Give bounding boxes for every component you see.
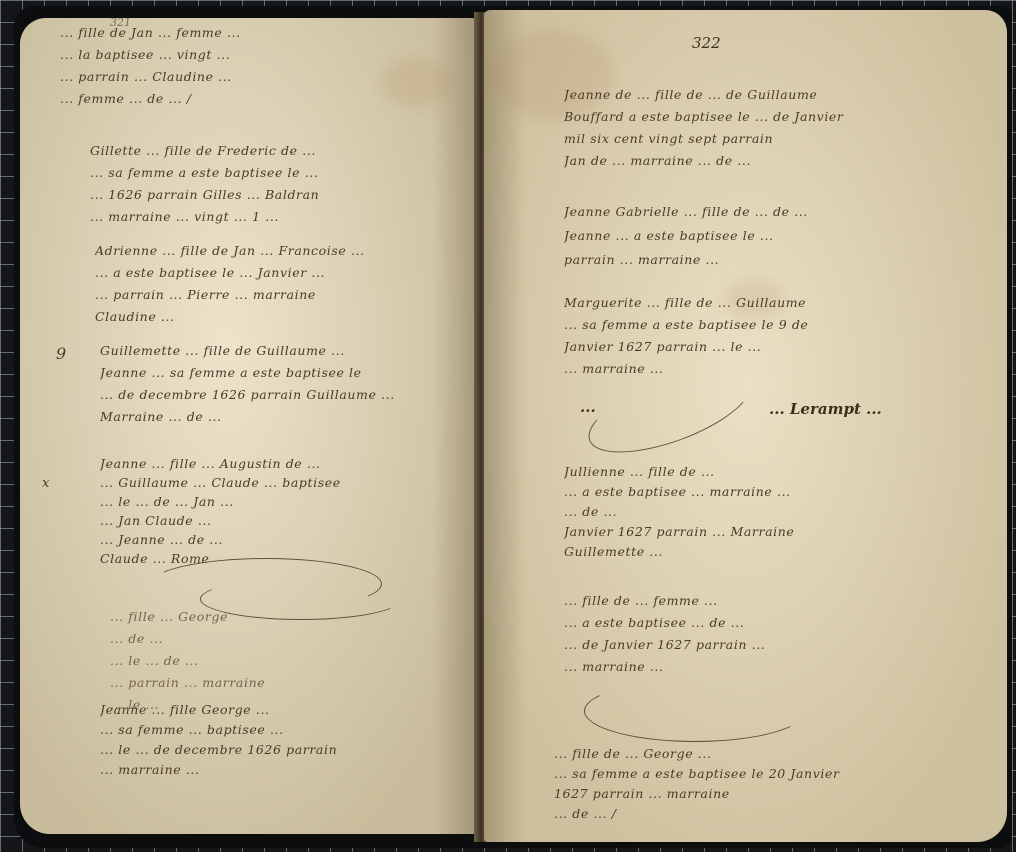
signature: ...	[580, 398, 596, 416]
register-entry: Adrienne ... fille de Jan ... Francoise …	[95, 240, 470, 328]
right-page: 322 Jeanne de ... fille de ... de Guilla…	[484, 10, 1007, 842]
entry-line: Jeanne Gabrielle ... fille de ... de ...	[564, 200, 994, 224]
entry-line: ... de decembre 1626 parrain Guillaume .…	[100, 384, 470, 406]
entry-line: ... la baptisee ... vingt ...	[60, 44, 470, 66]
entry-line: parrain ... marraine ...	[564, 248, 994, 272]
entry-line: ... marraine ... vingt ... 1 ...	[90, 206, 470, 228]
entry-line: ... le ... de decembre 1626 parrain	[100, 740, 475, 760]
left-page: 321 ... fille de Jan ... femme ... ... l…	[20, 18, 478, 834]
entry-line: ... femme ... de ... /	[60, 88, 470, 110]
entry-line: Janvier 1627 parrain ... Marraine	[564, 522, 994, 542]
register-entry: Jeanne ... fille George ... ... sa femme…	[100, 700, 475, 780]
entry-line: Jeanne ... sa femme a este baptisee le	[100, 362, 470, 384]
entry-line: ... fille de Jan ... femme ...	[60, 22, 470, 44]
entry-line: Claudine ...	[95, 306, 470, 328]
register-entry: Jeanne ... fille ... Augustin de ... ...…	[100, 454, 475, 568]
entry-line: Janvier 1627 parrain ... le ...	[564, 336, 994, 358]
entry-line: ... marraine ...	[564, 656, 994, 678]
entry-line: ... fille de ... George ...	[554, 744, 994, 764]
entry-line: Jeanne ... fille George ...	[100, 700, 475, 720]
register-entry: Jeanne de ... fille de ... de Guillaume …	[564, 84, 994, 172]
margin-note: 9	[56, 344, 66, 363]
entry-line: ... marraine ...	[564, 358, 994, 380]
entry-line: Jan de ... marraine ... de ...	[564, 150, 994, 172]
entry-line: Bouffard a este baptisee le ... de Janvi…	[564, 106, 994, 128]
entry-line: ... fille de ... femme ...	[564, 590, 994, 612]
register-entry: ... fille de ... femme ... ... a este ba…	[564, 590, 994, 678]
entry-line: ... Guillaume ... Claude ... baptisee	[100, 473, 475, 492]
entry-line: Guillemette ...	[564, 542, 994, 562]
entry-line: mil six cent vingt sept parrain	[564, 128, 994, 150]
entry-line: ... parrain ... Claudine ...	[60, 66, 470, 88]
entry-line: Jeanne de ... fille de ... de Guillaume	[564, 84, 994, 106]
register-entry: ... fille de Jan ... femme ... ... la ba…	[60, 22, 470, 110]
entry-line: Adrienne ... fille de Jan ... Francoise …	[95, 240, 470, 262]
register-entry: Gillette ... fille de Frederic de ... ..…	[90, 140, 470, 228]
entry-line: Marraine ... de ...	[100, 406, 470, 428]
entry-line: ... de ... /	[554, 804, 994, 824]
folio-number: 322	[692, 34, 721, 52]
entry-line: ... marraine ...	[100, 760, 475, 780]
entry-line: ... sa femme a este baptisee le 9 de	[564, 314, 994, 336]
register-entry: Jullienne ... fille de ... ... a este ba…	[564, 462, 994, 562]
entry-line: ... sa femme a este baptisee le 20 Janvi…	[554, 764, 994, 784]
entry-line: ... de Janvier 1627 parrain ...	[564, 634, 994, 656]
register-entry: Marguerite ... fille de ... Guillaume ..…	[564, 292, 994, 380]
entry-line: ... le ... de ...	[110, 650, 470, 672]
entry-line: ... Jeanne ... de ...	[100, 530, 475, 549]
entry-line: ... Jan Claude ...	[100, 511, 475, 530]
entry-line: Marguerite ... fille de ... Guillaume	[564, 292, 994, 314]
entry-line: ... de ...	[110, 628, 470, 650]
margin-note: x	[42, 476, 49, 491]
entry-line: ... de ...	[564, 502, 994, 522]
entry-line: ... a este baptisee le ... Janvier ...	[95, 262, 470, 284]
entry-line: ... a este baptisee ... de ...	[564, 612, 994, 634]
register-entry: Guillemette ... fille de Guillaume ... J…	[100, 340, 470, 428]
entry-line: 1627 parrain ... marraine	[554, 784, 994, 804]
entry-line: ... a este baptisee ... marraine ...	[564, 482, 994, 502]
register-entry: Jeanne Gabrielle ... fille de ... de ...…	[564, 200, 994, 272]
register-entry: ... fille de ... George ... ... sa femme…	[554, 744, 994, 824]
entry-line: Guillemette ... fille de Guillaume ...	[100, 340, 470, 362]
entry-line: ... le ... de ... Jan ...	[100, 492, 475, 511]
entry-line: ... 1626 parrain Gilles ... Baldran	[90, 184, 470, 206]
entry-line: Gillette ... fille de Frederic de ...	[90, 140, 470, 162]
entry-line: ... fille ... George	[110, 606, 470, 628]
entry-line: ... sa femme ... baptisee ...	[100, 720, 475, 740]
entry-line: Jeanne ... fille ... Augustin de ...	[100, 454, 475, 473]
entry-line: ... sa femme a este baptisee le ...	[90, 162, 470, 184]
entry-line: ... parrain ... Pierre ... marraine	[95, 284, 470, 306]
signature-flourish	[584, 680, 806, 742]
entry-line: Jeanne ... a este baptisee le ...	[564, 224, 994, 248]
signature: ... Lerampt ...	[769, 400, 882, 418]
entry-line: ... parrain ... marraine	[110, 672, 470, 694]
entry-line: Jullienne ... fille de ...	[564, 462, 994, 482]
